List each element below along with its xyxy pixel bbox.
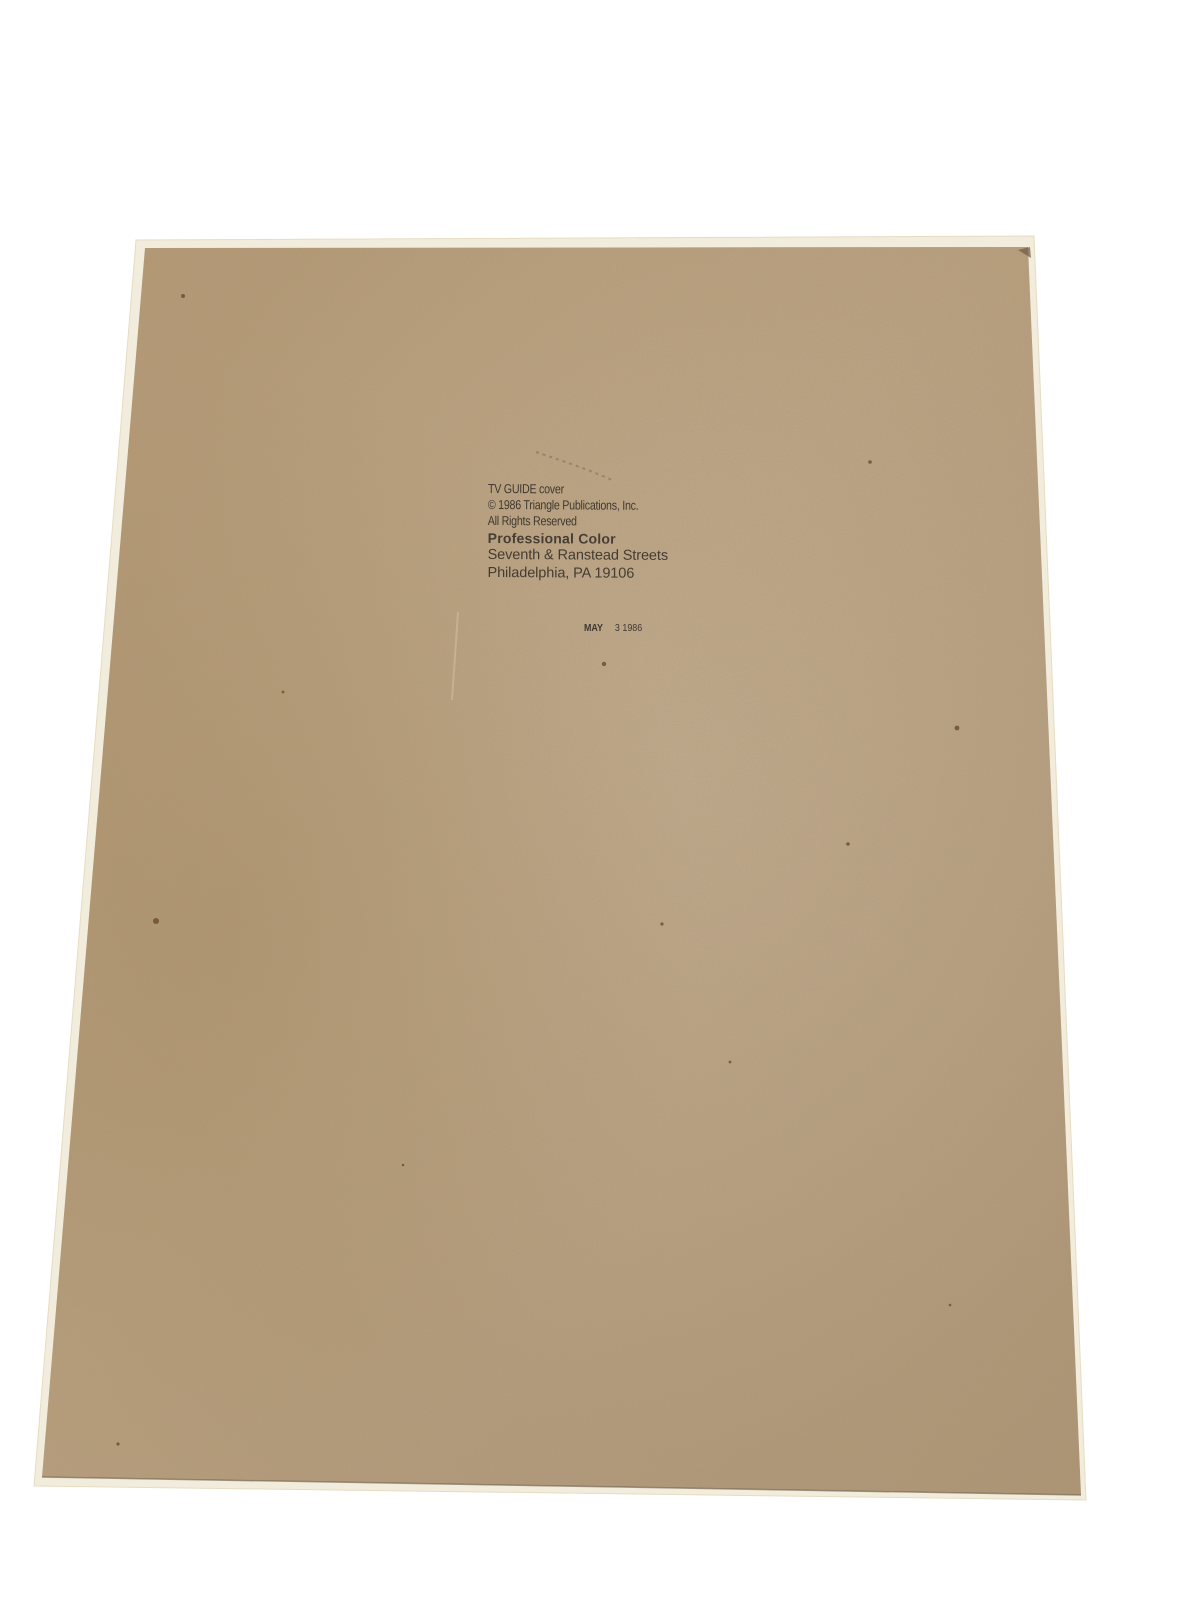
stamp-line-copyright: © 1986 Triangle Publications, Inc. bbox=[488, 498, 639, 512]
photo-scene: TV GUIDE cover © 1986 Triangle Publicati… bbox=[0, 0, 1200, 1600]
date-stamp: MAY3 1986 bbox=[584, 622, 642, 634]
publisher-stamp: TV GUIDE cover © 1986 Triangle Publicati… bbox=[487, 482, 671, 584]
date-stamp-month: MAY bbox=[584, 622, 603, 634]
stamp-line-title: TV GUIDE cover bbox=[488, 482, 639, 496]
stamp-line-street: Seventh & Ranstead Streets bbox=[488, 548, 672, 563]
cardboard-backing bbox=[0, 0, 1200, 1600]
date-stamp-day-year: 3 1986 bbox=[615, 622, 642, 634]
stamp-line-city: Philadelphia, PA 19106 bbox=[487, 565, 671, 580]
stamp-line-company: Professional Color bbox=[488, 531, 672, 546]
stamp-line-rights: All Rights Reserved bbox=[488, 514, 639, 528]
